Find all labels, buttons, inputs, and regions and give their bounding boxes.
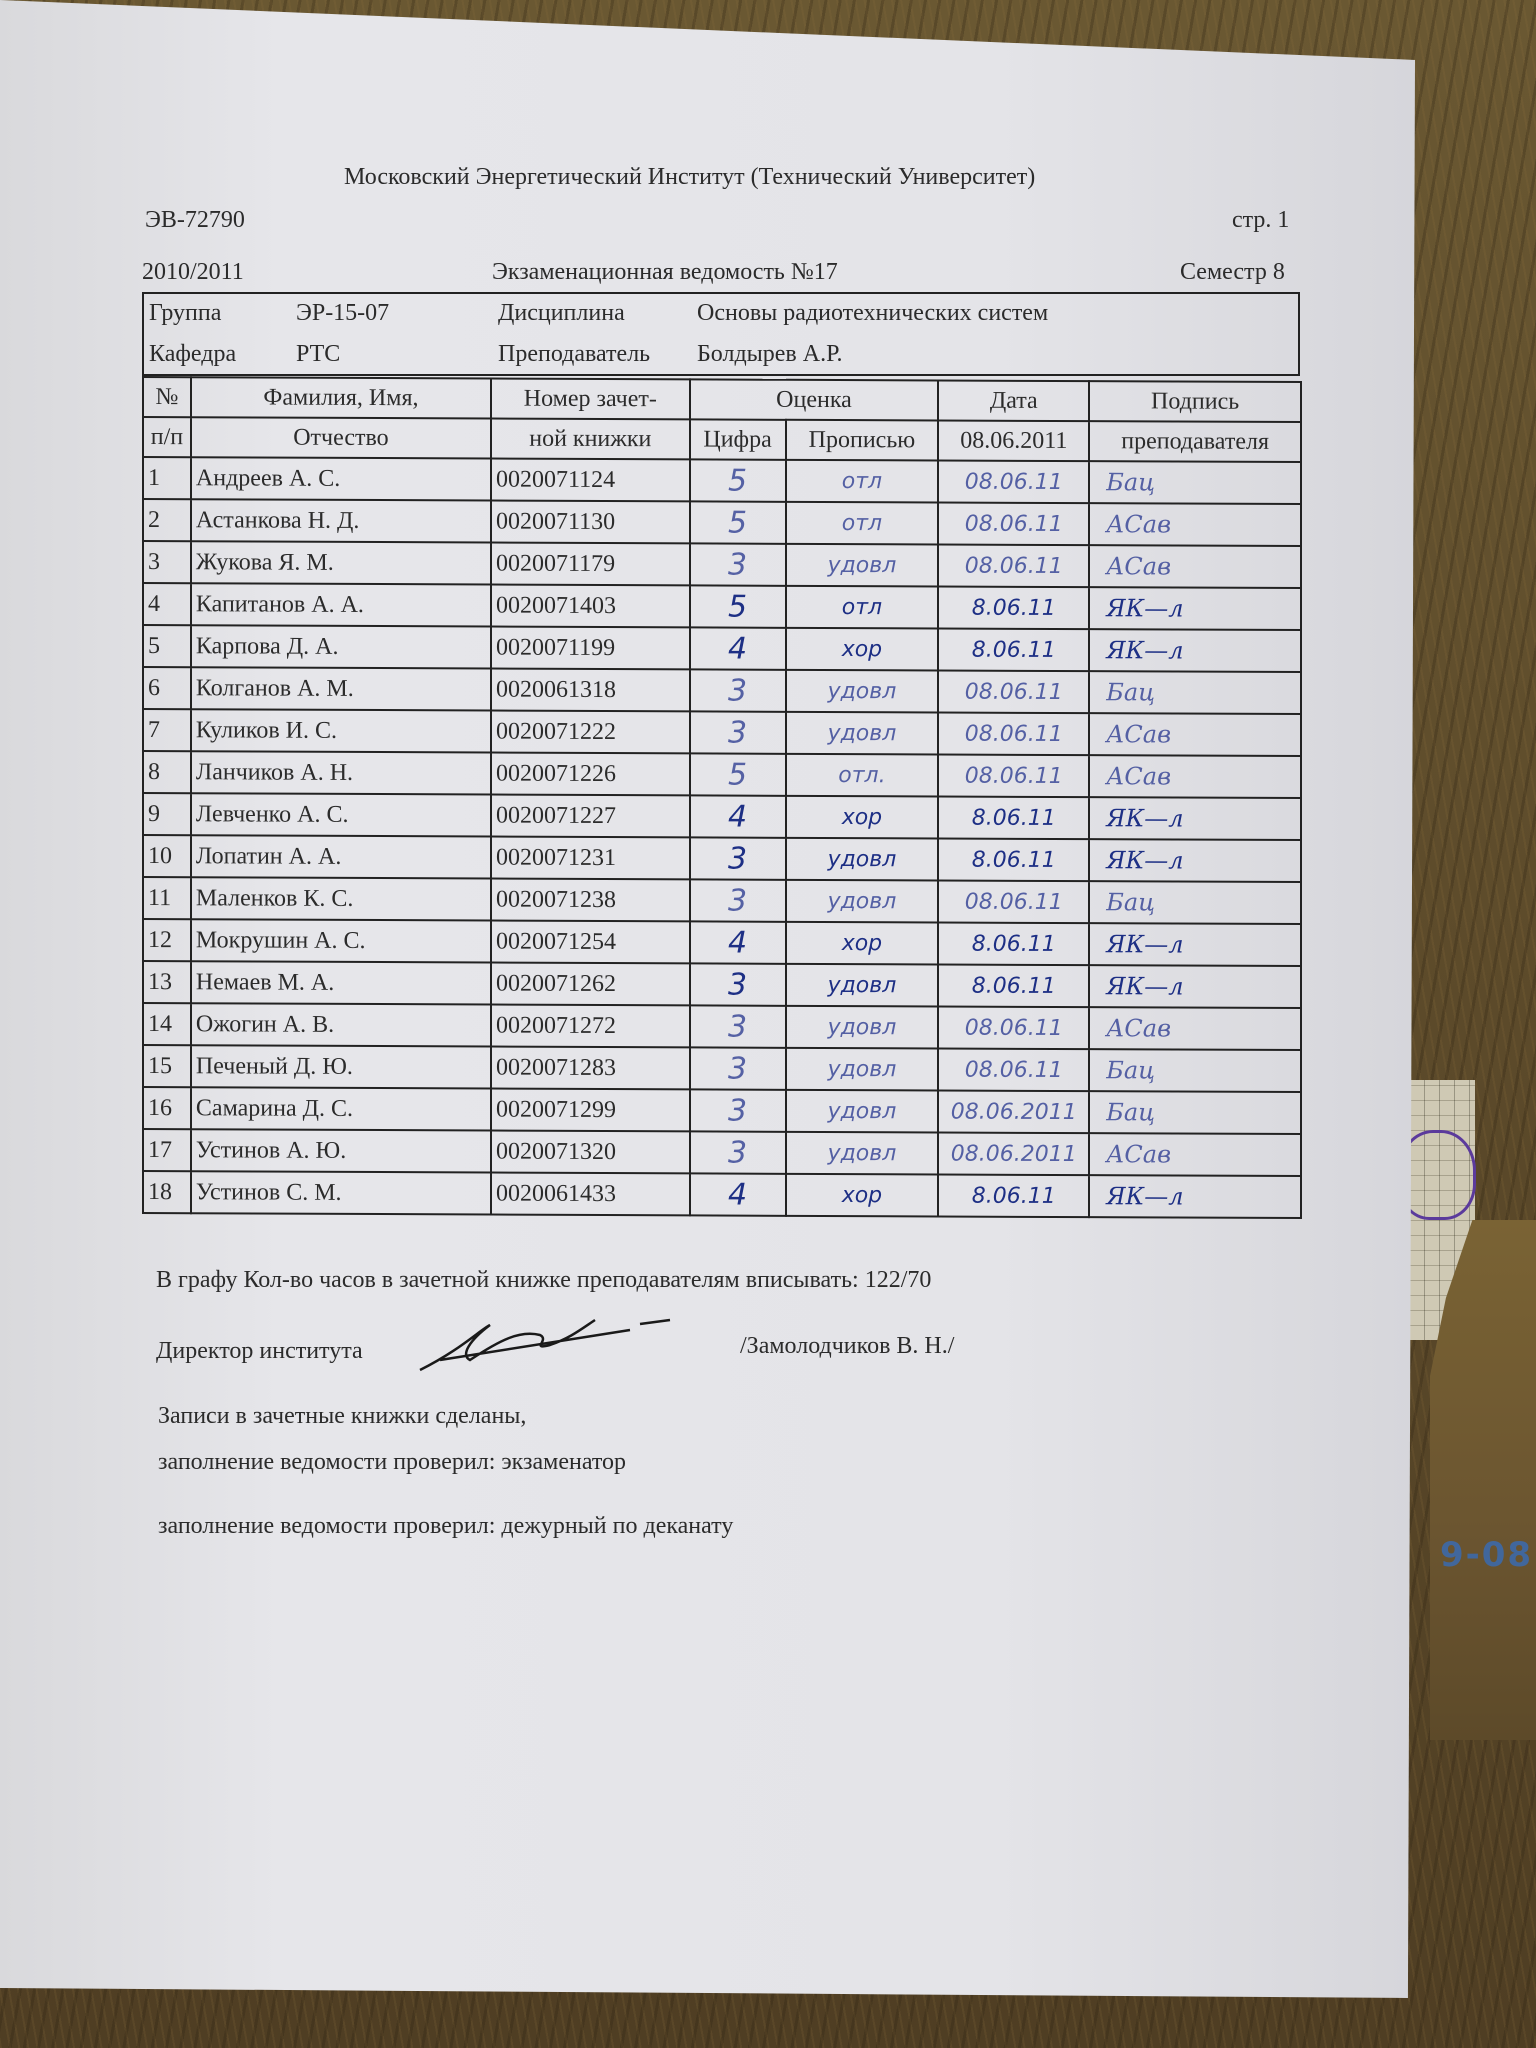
- institute-name: Московский Энергетический Институт (Техн…: [344, 164, 1035, 191]
- table-row: 2Астанкова Н. Д.00200711305отл08.06.11АС…: [143, 499, 1301, 546]
- director-name: /Замолодчиков В. Н./: [740, 1333, 954, 1360]
- row-number: 15: [143, 1045, 191, 1087]
- teacher-signature: АСав: [1089, 1133, 1301, 1176]
- exam-date: 8.06.11: [938, 586, 1089, 629]
- grade-words: хор: [786, 922, 939, 965]
- grade-words: удовл: [786, 544, 939, 587]
- grade-digit: 3: [690, 1089, 786, 1131]
- table-row: 3Жукова Я. М.00200711793удовл08.06.11АСа…: [143, 541, 1301, 588]
- header-num-bottom: п/п: [143, 417, 191, 457]
- record-book-number: 0020071226: [491, 753, 690, 796]
- row-number: 1: [143, 457, 191, 499]
- record-book-number: 0020071199: [491, 627, 690, 670]
- table-row: 5Карпова Д. А.00200711994хор8.06.11ЯК—л: [143, 625, 1301, 672]
- checked-dean: заполнение ведомости проверил: дежурный …: [158, 1513, 733, 1540]
- exam-date: 08.06.11: [938, 460, 1089, 503]
- student-name: Жукова Я. М.: [191, 541, 491, 584]
- record-book-number: 0020071272: [491, 1005, 690, 1048]
- exam-date: 08.06.11: [938, 502, 1089, 545]
- table-row: 8Ланчиков А. Н.00200712265отл.08.06.11АС…: [143, 751, 1301, 798]
- record-book-number: 0020071227: [491, 795, 690, 838]
- header-num-top: №: [143, 377, 191, 417]
- record-book-number: 0020071179: [491, 543, 690, 586]
- records-made: Записи в зачетные книжки сделаны,: [158, 1403, 526, 1430]
- teacher-signature: Бац: [1089, 461, 1301, 504]
- student-name: Ожогин А. В.: [191, 1003, 491, 1046]
- record-book-number: 0020071320: [491, 1131, 690, 1174]
- exam-date: 8.06.11: [938, 838, 1089, 881]
- teacher-signature: Бац: [1089, 1049, 1301, 1092]
- exam-date: 08.06.2011: [938, 1090, 1089, 1133]
- teacher-label: Преподаватель: [498, 341, 650, 368]
- teacher-signature: Бац: [1089, 1091, 1301, 1134]
- exam-date: 8.06.11: [938, 628, 1089, 671]
- row-number: 8: [143, 751, 191, 793]
- teacher-signature: ЯК—л: [1089, 587, 1301, 630]
- record-book-number: 0020071262: [491, 963, 690, 1006]
- department-value: РТС: [296, 341, 340, 368]
- teacher-signature: ЯК—л: [1089, 1175, 1301, 1218]
- grade-digit: 3: [690, 837, 786, 879]
- row-number: 6: [143, 667, 191, 709]
- table-row: 18Устинов С. М.00200614334хор8.06.11ЯК—л: [143, 1171, 1301, 1218]
- record-book-number: 0020071222: [491, 711, 690, 754]
- teacher-signature: ЯК—л: [1089, 965, 1301, 1008]
- table-row: 4Капитанов А. А.00200714035отл8.06.11ЯК—…: [143, 583, 1301, 630]
- teacher-signature: ЯК—л: [1089, 923, 1301, 966]
- row-number: 9: [143, 793, 191, 835]
- director-signature: [400, 1310, 680, 1380]
- header-sign-top: Подпись: [1089, 381, 1301, 422]
- exam-date: 08.06.2011: [938, 1132, 1089, 1175]
- teacher-signature: АСав: [1089, 1007, 1301, 1050]
- grade-words: удовл: [786, 1132, 939, 1175]
- document-code: ЭВ-72790: [145, 207, 245, 234]
- cork-fragment: [1430, 1220, 1536, 1740]
- student-name: Куликов И. С.: [191, 709, 491, 752]
- group-value: ЭР-15-07: [296, 300, 389, 327]
- checked-examiner: заполнение ведомости проверил: экзаменат…: [158, 1449, 626, 1476]
- table-row: 6Колганов А. М.00200613183удовл08.06.11Б…: [143, 667, 1301, 714]
- grade-digit: 5: [690, 753, 786, 795]
- director-label: Директор института: [156, 1338, 363, 1365]
- table-row: 17Устинов А. Ю.00200713203удовл08.06.201…: [143, 1129, 1301, 1176]
- grade-digit: 3: [690, 1005, 786, 1047]
- header-grade: Оценка: [690, 379, 939, 420]
- header-sign-bottom: преподавателя: [1089, 421, 1301, 462]
- table-row: 14Ожогин А. В.00200712723удовл08.06.11АС…: [143, 1003, 1301, 1050]
- exam-date: 08.06.11: [938, 880, 1089, 923]
- exam-date: 8.06.11: [938, 922, 1089, 965]
- grade-digit: 4: [690, 627, 786, 669]
- grades-table: № Фамилия, Имя, Номер зачет- Оценка Дата…: [142, 376, 1302, 1219]
- record-book-number: 0020061318: [491, 669, 690, 712]
- grade-words: удовл: [786, 670, 939, 713]
- row-number: 11: [143, 877, 191, 919]
- teacher-signature: Бац: [1089, 671, 1301, 714]
- teacher-value: Болдырев А.Р.: [697, 341, 842, 368]
- grade-digit: 5: [690, 459, 786, 501]
- header-grade-digit: Цифра: [690, 419, 786, 459]
- exam-date: 8.06.11: [938, 1174, 1089, 1217]
- grade-words: удовл: [786, 1048, 939, 1091]
- grade-digit: 3: [690, 711, 786, 753]
- row-number: 10: [143, 835, 191, 877]
- grades-table-body: 1Андреев А. С.00200711245отл08.06.11Бац2…: [143, 457, 1301, 1218]
- grade-words: хор: [786, 796, 939, 839]
- exam-date: 08.06.11: [938, 670, 1089, 713]
- record-book-number: 0020071124: [491, 459, 690, 502]
- table-row: 9Левченко А. С.00200712274хор8.06.11ЯК—л: [143, 793, 1301, 840]
- grade-digit: 3: [690, 879, 786, 921]
- header-name-top: Фамилия, Имя,: [191, 377, 491, 418]
- row-number: 5: [143, 625, 191, 667]
- exam-date: 8.06.11: [938, 796, 1089, 839]
- table-row: 1Андреев А. С.00200711245отл08.06.11Бац: [143, 457, 1301, 504]
- student-name: Ланчиков А. Н.: [191, 751, 491, 794]
- student-name: Астанкова Н. Д.: [191, 499, 491, 542]
- grade-digit: 3: [690, 669, 786, 711]
- course-info-box: Группа ЭР-15-07 Дисциплина Основы радиот…: [142, 292, 1300, 376]
- exam-date: 08.06.11: [938, 544, 1089, 587]
- grade-words: удовл: [786, 964, 939, 1007]
- student-name: Самарина Д. С.: [191, 1087, 491, 1130]
- row-number: 3: [143, 541, 191, 583]
- table-row: 15Печеный Д. Ю.00200712833удовл08.06.11Б…: [143, 1045, 1301, 1092]
- student-name: Лопатин А. А.: [191, 835, 491, 878]
- student-name: Маленков К. С.: [191, 877, 491, 920]
- teacher-signature: ЯК—л: [1089, 629, 1301, 672]
- record-book-number: 0020071403: [491, 585, 690, 628]
- grade-words: отл: [786, 586, 939, 629]
- grade-words: удовл: [786, 1006, 939, 1049]
- student-name: Немаев М. А.: [191, 961, 491, 1004]
- teacher-signature: ЯК—л: [1089, 839, 1301, 882]
- grade-words: удовл: [786, 880, 939, 923]
- grade-words: отл: [786, 460, 939, 503]
- student-name: Печеный Д. Ю.: [191, 1045, 491, 1088]
- grade-words: хор: [786, 628, 939, 671]
- table-row: 10Лопатин А. А.00200712313удовл8.06.11ЯК…: [143, 835, 1301, 882]
- record-book-number: 0020071238: [491, 879, 690, 922]
- row-number: 17: [143, 1129, 191, 1171]
- grade-words: отл.: [786, 754, 939, 797]
- exam-date: 8.06.11: [938, 964, 1089, 1007]
- grade-words: удовл: [786, 838, 939, 881]
- discipline-value: Основы радиотехнических систем: [697, 300, 1048, 327]
- grade-digit: 3: [690, 543, 786, 585]
- semester: Семестр 8: [1180, 259, 1285, 286]
- department-label: Кафедра: [149, 341, 236, 368]
- student-name: Капитанов А. А.: [191, 583, 491, 626]
- grade-words: хор: [786, 1174, 939, 1217]
- teacher-signature: АСав: [1089, 503, 1301, 546]
- record-book-number: 0020061433: [491, 1173, 690, 1216]
- table-row: 11Маленков К. С.00200712383удовл08.06.11…: [143, 877, 1301, 924]
- row-number: 16: [143, 1087, 191, 1129]
- grade-digit: 4: [690, 1173, 786, 1215]
- record-book-number: 0020071231: [491, 837, 690, 880]
- row-number: 4: [143, 583, 191, 625]
- record-book-number: 0020071283: [491, 1047, 690, 1090]
- header-grade-words: Прописью: [786, 420, 939, 461]
- discipline-label: Дисциплина: [498, 300, 625, 327]
- student-name: Устинов А. Ю.: [191, 1129, 491, 1172]
- page-number: стр. 1: [1232, 207, 1289, 234]
- student-name: Колганов А. М.: [191, 667, 491, 710]
- table-row: 12Мокрушин А. С.00200712544хор8.06.11ЯК—…: [143, 919, 1301, 966]
- header-book-bottom: ной книжки: [491, 419, 690, 460]
- record-book-number: 0020071130: [491, 501, 690, 544]
- exam-sheet: Московский Энергетический Институт (Техн…: [0, 0, 1415, 1998]
- grade-words: удовл: [786, 712, 939, 755]
- student-name: Устинов С. М.: [191, 1171, 491, 1214]
- row-number: 7: [143, 709, 191, 751]
- header-date-top: Дата: [938, 380, 1089, 421]
- row-number: 14: [143, 1003, 191, 1045]
- header-name-bottom: Отчество: [191, 417, 491, 458]
- student-name: Мокрушин А. С.: [191, 919, 491, 962]
- grade-digit: 5: [690, 585, 786, 627]
- student-name: Карпова Д. А.: [191, 625, 491, 668]
- exam-date: 08.06.11: [938, 1048, 1089, 1091]
- grade-digit: 3: [690, 1047, 786, 1089]
- academic-year: 2010/2011: [142, 259, 244, 286]
- teacher-signature: АСав: [1089, 755, 1301, 798]
- row-number: 18: [143, 1171, 191, 1213]
- hours-note: В графу Кол-во часов в зачетной книжке п…: [156, 1267, 931, 1294]
- header-book-top: Номер зачет-: [491, 379, 690, 420]
- exam-date: 08.06.11: [938, 712, 1089, 755]
- table-row: 7Куликов И. С.00200712223удовл08.06.11АС…: [143, 709, 1301, 756]
- group-label: Группа: [149, 300, 221, 327]
- exam-date: 08.06.11: [938, 754, 1089, 797]
- table-row: 16Самарина Д. С.00200712993удовл08.06.20…: [143, 1087, 1301, 1134]
- document-title: Экзаменационная ведомость №17: [492, 259, 838, 286]
- header-date-bottom: 08.06.2011: [938, 420, 1089, 461]
- record-book-number: 0020071254: [491, 921, 690, 964]
- grade-words: удовл: [786, 1090, 939, 1133]
- teacher-signature: Бац: [1089, 881, 1301, 924]
- row-number: 13: [143, 961, 191, 1003]
- grade-digit: 3: [690, 1131, 786, 1173]
- background-marker-text: 9-08: [1440, 1535, 1533, 1575]
- row-number: 2: [143, 499, 191, 541]
- grade-digit: 4: [690, 921, 786, 963]
- teacher-signature: АСав: [1089, 713, 1301, 756]
- exam-date: 08.06.11: [938, 1006, 1089, 1049]
- grade-digit: 4: [690, 795, 786, 837]
- grade-words: отл: [786, 502, 939, 545]
- student-name: Андреев А. С.: [191, 457, 491, 500]
- grade-digit: 5: [690, 501, 786, 543]
- student-name: Левченко А. С.: [191, 793, 491, 836]
- teacher-signature: АСав: [1089, 545, 1301, 588]
- record-book-number: 0020071299: [491, 1089, 690, 1132]
- teacher-signature: ЯК—л: [1089, 797, 1301, 840]
- row-number: 12: [143, 919, 191, 961]
- grade-digit: 3: [690, 963, 786, 1005]
- table-row: 13Немаев М. А.00200712623удовл8.06.11ЯК—…: [143, 961, 1301, 1008]
